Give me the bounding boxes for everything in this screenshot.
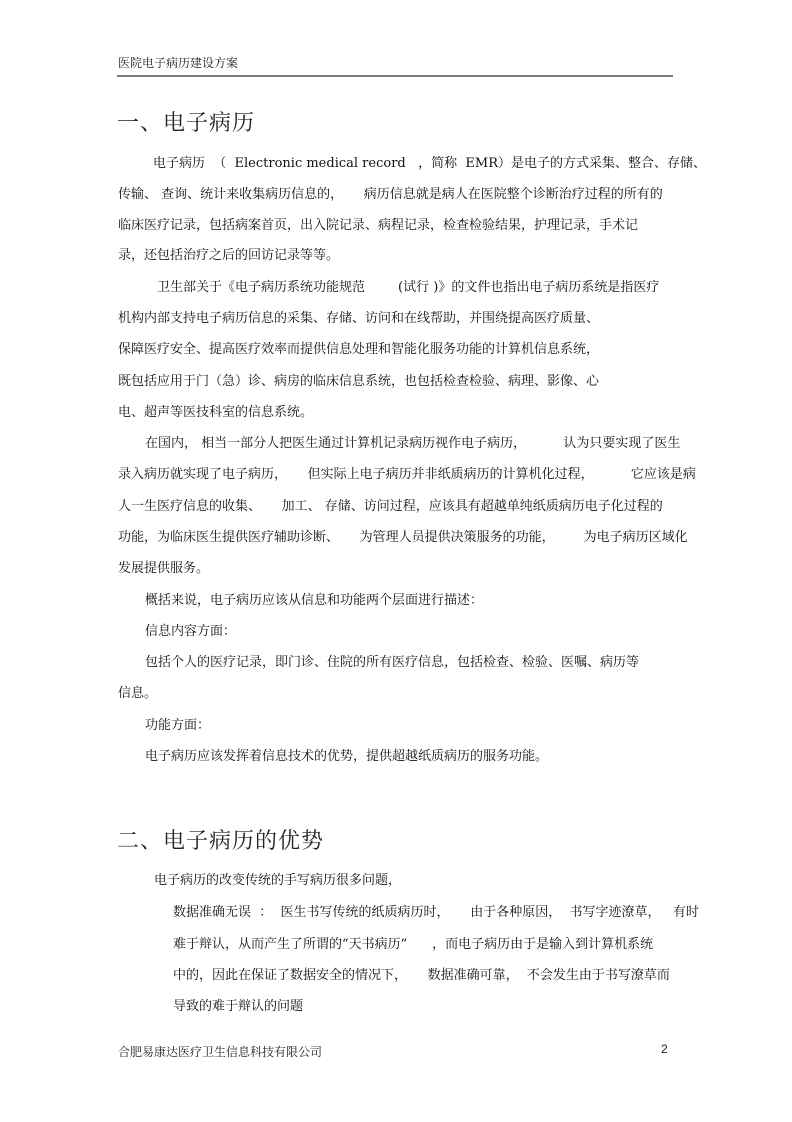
list-item-line: 导致的难于辩认的问题 (173, 995, 303, 1014)
section-2-heading: 二、电子病历的优势 (117, 824, 324, 855)
paragraph-line: 保障医疗安全、提高医疗效率而提供信息处理和智能化服务功能的计算机信息系统， (118, 338, 599, 357)
paragraph-line: 人一生医疗信息的收集、 加工、 存储、访问过程，应该具有超越单纯纸质病历电子化过… (118, 495, 663, 514)
paragraph-line: 卫生部关于《电子病历系统功能规范 (试行 )》的文件也指出电子病历系统是指医疗 (157, 276, 659, 295)
paragraph-line: 传输、 查询、统计来收集病历信息的， 病历信息就是病人在医院整个诊断治疗过程的所… (118, 183, 663, 202)
list-item-line: 中的，因此在保证了数据安全的情况下， 数据准确可靠， 不会发生由于书写潦草而 (173, 964, 670, 983)
page-header: 医院电子病历建设方案 (118, 54, 238, 71)
paragraph-line: 信息。 (118, 682, 157, 701)
footer-company: 合肥易康达医疗卫生信息科技有限公司 (118, 1043, 322, 1060)
paragraph-line: 机构内部支持电子病历信息的采集、存储、访问和在线帮助，并围绕提高医疗质量、 (118, 307, 599, 326)
paragraph-line: 录，还包括治疗之后的回访记录等等。 (118, 244, 339, 263)
paragraph-line: 电、超声等医技科室的信息系统。 (118, 401, 313, 420)
paragraph-line: 既包括应用于门（急）诊、病房的临床信息系统，也包括检查检验、病理、影像、心 (118, 370, 599, 389)
subheading-info: 信息内容方面： (145, 620, 236, 639)
paragraph-line: 临床医疗记录，包括病案首页，出入院记录、病程记录，检查检验结果，护理记录，手术记 (118, 214, 638, 233)
list-item-line: 数据准确无误 ： 医生书写传统的纸质病历时， 由于各种原因， 书写字迹潦草， 有… (173, 901, 699, 920)
section-1-heading: 一、电子病历 (117, 106, 255, 137)
paragraph-line: 电子病历的改变传统的手写病历很多问题， (154, 869, 401, 888)
page-number: 2 (661, 1042, 668, 1056)
paragraph-line: 电子病历 （ Electronic medical record ，简称 EMR… (153, 152, 706, 171)
paragraph-line: 包括个人的医疗记录，即门诊、住院的所有医疗信息，包括检查、检验、医嘱、病历等 (145, 651, 639, 670)
paragraph-line: 电子病历应该发挥着信息技术的优势，提供超越纸质病历的服务功能。 (145, 745, 548, 764)
subheading-function: 功能方面： (145, 714, 210, 733)
paragraph-line: 功能，为临床医生提供医疗辅助诊断、 为管理人员提供决策服务的功能， 为电子病历区… (118, 526, 688, 545)
paragraph-line: 录入病历就实现了电子病历， 但实际上电子病历并非纸质病历的计算机化过程， 它应该… (118, 463, 696, 482)
header-rule (117, 75, 673, 77)
list-item-line: 难于辩认，从而产生了所谓的“天书病历” ，而电子病历由于是输入到计算机系统 (173, 933, 653, 952)
paragraph-line: 概括来说，电子病历应该从信息和功能两个层面进行描述： (145, 589, 483, 608)
paragraph-line: 在国内， 相当一部分人把医生通过计算机记录病历视作电子病历， 认为只要实现了医生 (145, 432, 680, 451)
paragraph-line: 发展提供服务。 (118, 557, 209, 576)
